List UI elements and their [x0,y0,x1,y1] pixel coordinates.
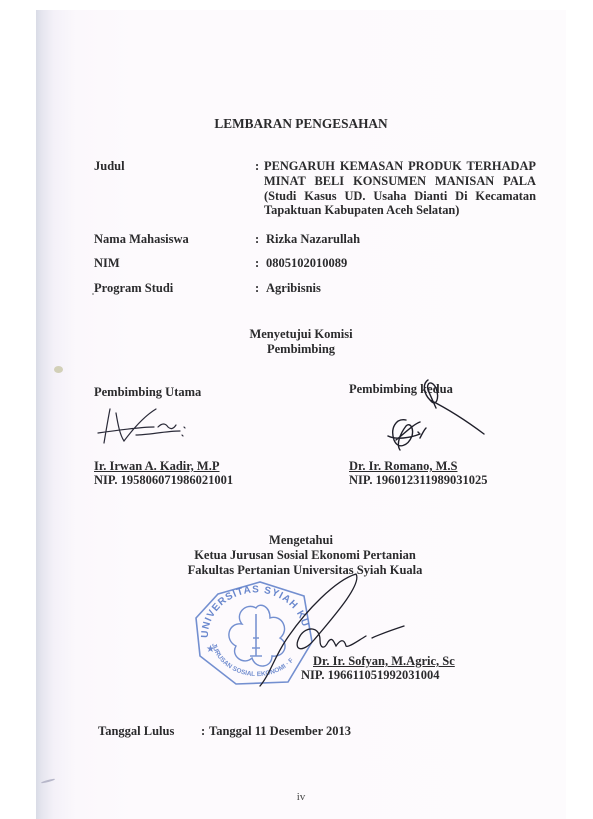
approval-line2: Pembimbing [36,342,566,357]
nim-label: NIM [94,256,120,271]
nama-value: Rizka Nazarullah [266,232,360,247]
judul-separator: : [255,159,259,174]
scan-mark [41,778,55,783]
judul-value-rest: MINAT BELI KONSUMEN MANISAN PALA (Studi … [264,174,536,218]
graduation-label: Tanggal Lulus [98,724,174,739]
judul-label: Judul [94,159,125,174]
svg-text:★: ★ [206,644,215,655]
primary-advisor-nip: NIP. 195806071986021001 [94,473,233,488]
scan-dot [92,293,94,295]
secondary-advisor-name: Dr. Ir. Romano, M.S [349,459,457,474]
nim-separator: : [255,256,259,271]
head-nip: NIP. 196611051992031004 [301,668,439,683]
nim-value: 0805102010089 [266,256,347,271]
primary-advisor-role: Pembimbing Utama [94,385,201,400]
program-separator: : [255,281,259,296]
program-label: Program Studi [94,281,173,296]
acknowledgement-line1: Mengetahui [36,533,566,548]
secondary-advisor-signature [366,378,506,458]
judul-value-line1: PENGARUH KEMASAN PRODUK TERHADAP [264,159,536,174]
nama-separator: : [255,232,259,247]
graduation-value: Tanggal 11 Desember 2013 [209,724,351,739]
approval-line1: Menyetujui Komisi [36,327,566,342]
head-name: Dr. Ir. Sofyan, M.Agric, Sc [313,654,455,669]
primary-advisor-name: Ir. Irwan A. Kadir, M.P [94,459,219,474]
primary-advisor-signature [96,405,196,450]
graduation-separator: : [201,724,205,739]
program-value: Agribisnis [266,281,321,296]
document-page: LEMBARAN PENGESAHAN Judul : PENGARUH KEM… [36,10,566,819]
page-number: iv [36,791,566,803]
secondary-advisor-nip: NIP. 196012311989031025 [349,473,487,488]
page-title: LEMBARAN PENGESAHAN [36,116,566,132]
approval-heading: Menyetujui Komisi Pembimbing [36,327,566,357]
nama-label: Nama Mahasiswa [94,232,189,247]
acknowledgement-line2: Ketua Jurusan Sosial Ekonomi Pertanian [44,548,566,563]
scan-speck [54,366,63,373]
judul-value: PENGARUH KEMASAN PRODUK TERHADAP MINAT B… [264,159,536,218]
